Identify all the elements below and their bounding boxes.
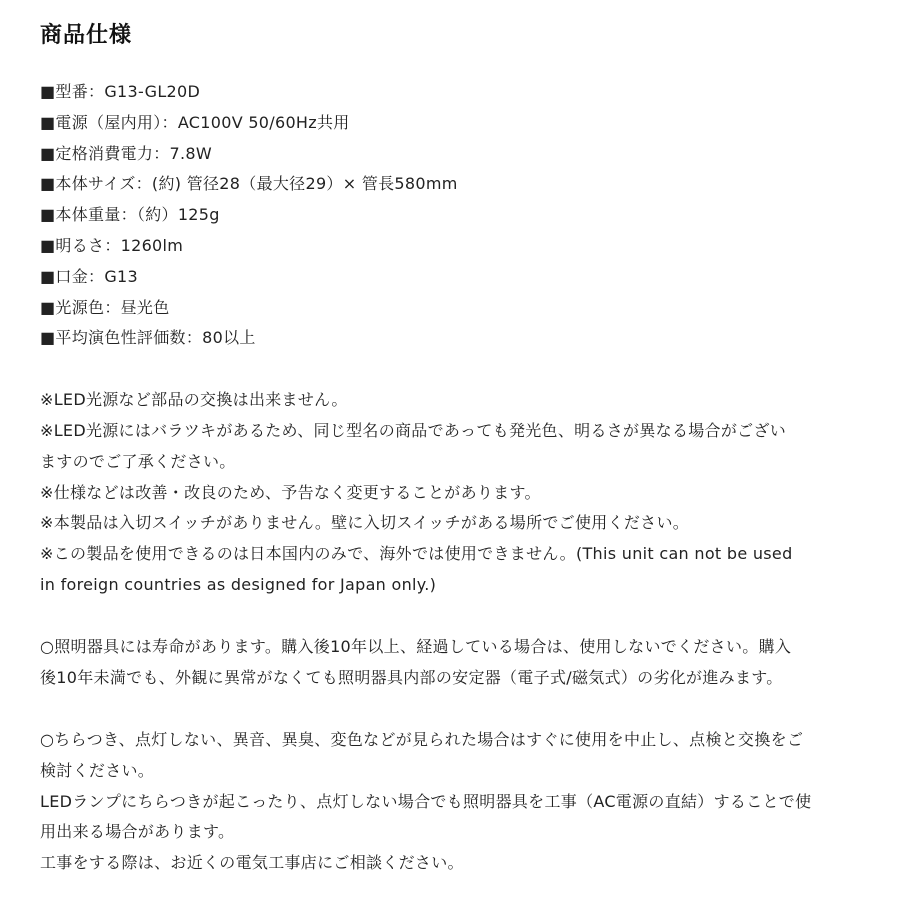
spec-rated-power: ■定格消費電力：7.8W <box>40 144 212 164</box>
note-line: ※LED光源にはバラツキがあるため、同じ型名の商品であっても発光色、明るさが異な… <box>40 421 786 441</box>
spec-brightness: ■明るさ：1260lm <box>40 236 183 256</box>
spec-cri: ■平均演色性評価数：80以上 <box>40 328 256 348</box>
notice-line: ○ちらつき、点灯しない、異音、異臭、変色などが見られた場合はすぐに使用を中止し、… <box>40 730 803 750</box>
page-title: 商品仕様 <box>40 18 132 49</box>
notice-line: ○照明器具には寿命があります。購入後10年以上、経過している場合は、使用しないで… <box>40 637 791 657</box>
note-line: ますのでご了承ください。 <box>40 452 236 472</box>
spec-power-source: ■電源（屋内用）：AC100V 50/60Hz共用 <box>40 113 350 133</box>
notice-line: 工事をする際は、お近くの電気工事店にご相談ください。 <box>40 853 464 873</box>
notice-line: 用出来る場合があります。 <box>40 822 234 842</box>
spec-body-size: ■本体サイズ：(約) 管径28（最大径29）× 管長580mm <box>40 174 458 194</box>
spec-model-number: ■型番：G13-GL20D <box>40 82 200 102</box>
note-line: in foreign countries as designed for Jap… <box>40 575 436 595</box>
note-line: ※LED光源など部品の交換は出来ません。 <box>40 390 348 410</box>
notice-line: 後10年未満でも、外観に異常がなくても照明器具内部の安定器（電子式/磁気式）の劣… <box>40 668 783 688</box>
note-line: ※仕様などは改善・改良のため、予告なく変更することがあります。 <box>40 483 541 503</box>
notice-line: 検討ください。 <box>40 761 154 781</box>
spec-light-color: ■光源色：昼光色 <box>40 298 170 318</box>
note-line: ※本製品は入切スイッチがありません。壁に入切スイッチがある場所でご使用ください。 <box>40 513 689 533</box>
spec-base: ■口金：G13 <box>40 267 138 287</box>
notice-line: LEDランプにちらつきが起こったり、点灯しない場合でも照明器具を工事（AC電源の… <box>40 792 811 812</box>
note-line: ※この製品を使用できるのは日本国内のみで、海外では使用できません。(This u… <box>40 544 793 564</box>
spec-body-weight: ■本体重量：（約）125g <box>40 205 220 225</box>
